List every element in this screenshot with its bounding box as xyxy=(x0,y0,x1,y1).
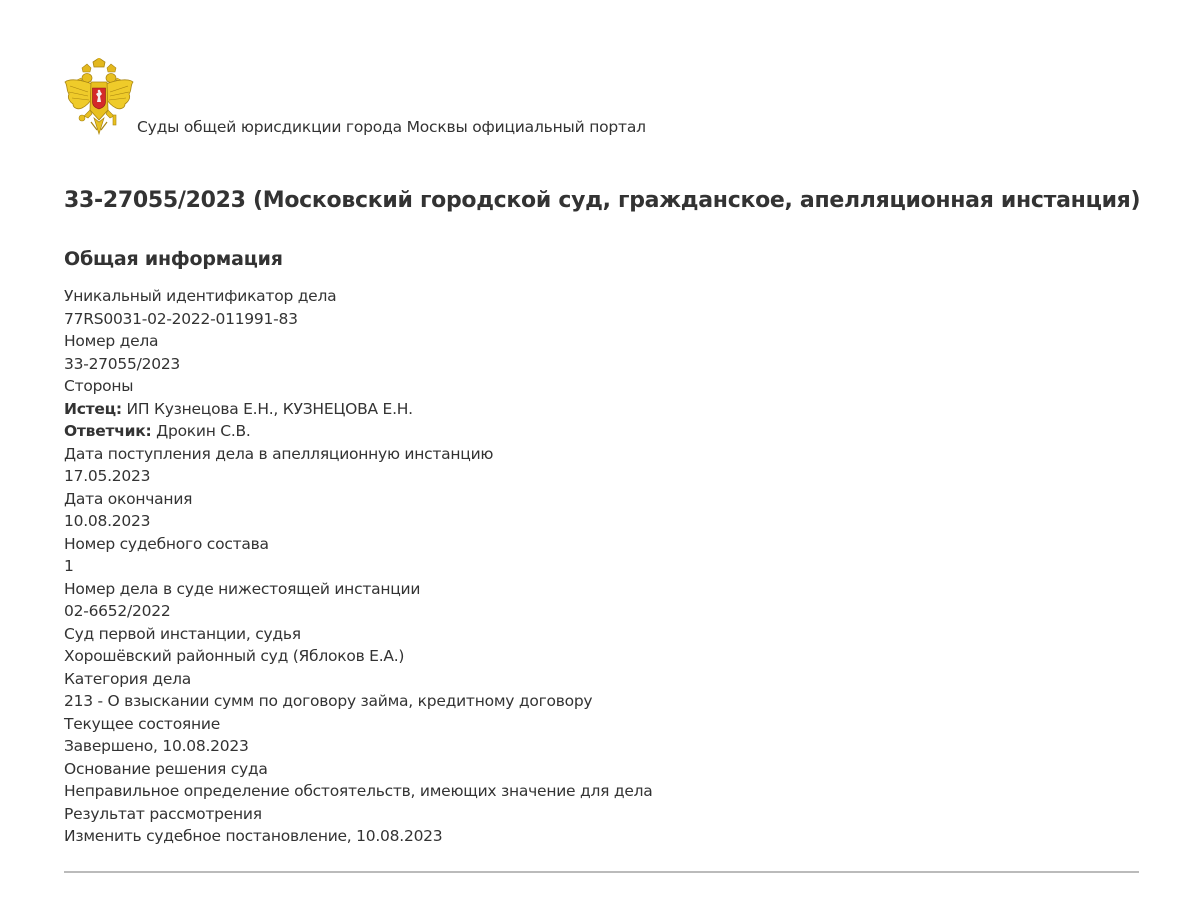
defendant-value: Дрокин С.В. xyxy=(151,422,250,440)
first-instance-value: Хорошёвский районный суд (Яблоков Е.А.) xyxy=(64,645,653,668)
result-value: Изменить судебное постановление, 10.08.2… xyxy=(64,825,653,848)
portal-title: Суды общей юрисдикции города Москвы офиц… xyxy=(137,118,646,136)
decision-basis-value: Неправильное определение обстоятельств, … xyxy=(64,780,653,803)
case-number-value: 33-27055/2023 xyxy=(64,353,653,376)
defendant-label: Ответчик: xyxy=(64,422,151,440)
lower-court-case-value: 02-6652/2022 xyxy=(64,600,653,623)
russian-coat-of-arms-icon xyxy=(64,58,134,136)
case-title: 33-27055/2023 (Московский городской суд,… xyxy=(64,188,1140,213)
parties-label: Стороны xyxy=(64,375,653,398)
end-date-label: Дата окончания xyxy=(64,488,653,511)
section-divider xyxy=(64,871,1139,873)
case-number-label: Номер дела xyxy=(64,330,653,353)
general-info-heading: Общая информация xyxy=(64,248,283,270)
decision-basis-label: Основание решения суда xyxy=(64,758,653,781)
unique-id-value: 77RS0031-02-2022-011991-83 xyxy=(64,308,653,331)
unique-id-label: Уникальный идентификатор дела xyxy=(64,285,653,308)
portal-header: Суды общей юрисдикции города Москвы офиц… xyxy=(64,58,646,136)
defendant-row: Ответчик: Дрокин С.В. xyxy=(64,420,653,443)
panel-number-value: 1 xyxy=(64,555,653,578)
current-state-label: Текущее состояние xyxy=(64,713,653,736)
current-state-value: Завершено, 10.08.2023 xyxy=(64,735,653,758)
appeal-receipt-date-label: Дата поступления дела в апелляционную ин… xyxy=(64,443,653,466)
appeal-receipt-date-value: 17.05.2023 xyxy=(64,465,653,488)
panel-number-label: Номер судебного состава xyxy=(64,533,653,556)
first-instance-label: Суд первой инстанции, судья xyxy=(64,623,653,646)
plaintiff-row: Истец: ИП Кузнецова Е.Н., КУЗНЕЦОВА Е.Н. xyxy=(64,398,653,421)
plaintiff-label: Истец: xyxy=(64,400,122,418)
general-info-list: Уникальный идентификатор дела 77RS0031-0… xyxy=(64,285,653,848)
category-value: 213 - О взыскании сумм по договору займа… xyxy=(64,690,653,713)
end-date-value: 10.08.2023 xyxy=(64,510,653,533)
result-label: Результат рассмотрения xyxy=(64,803,653,826)
plaintiff-value: ИП Кузнецова Е.Н., КУЗНЕЦОВА Е.Н. xyxy=(122,400,413,418)
category-label: Категория дела xyxy=(64,668,653,691)
lower-court-case-label: Номер дела в суде нижестоящей инстанции xyxy=(64,578,653,601)
